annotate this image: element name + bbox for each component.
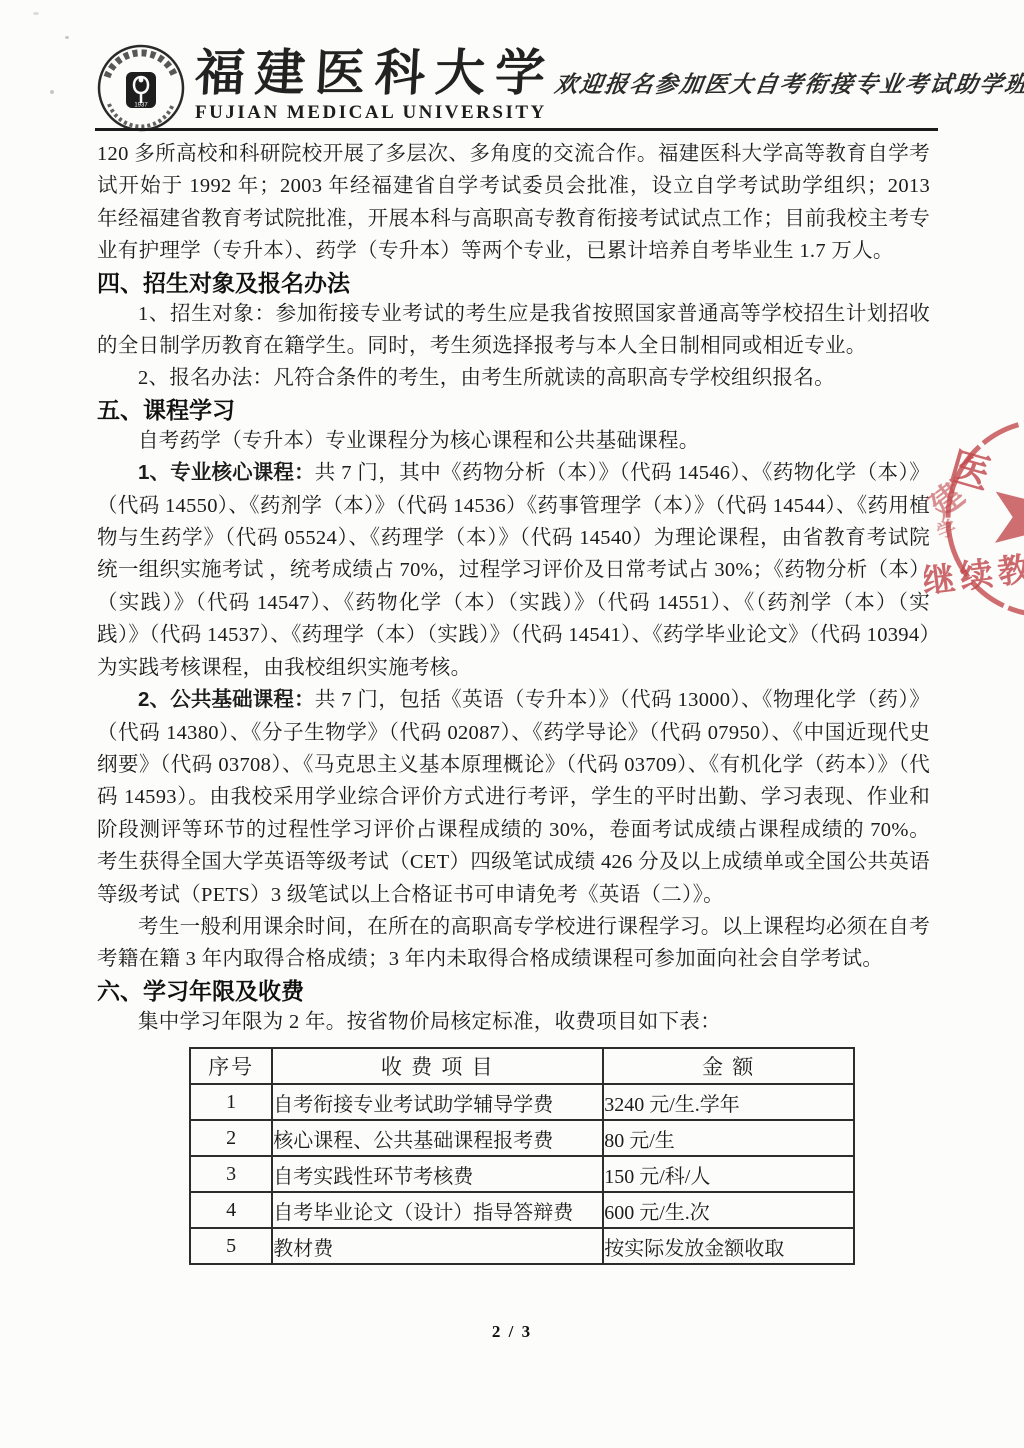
scan-speckle: [50, 90, 54, 94]
scan-speckle: [33, 12, 39, 15]
row-item: 教材费: [272, 1228, 603, 1264]
welcome-slogan: 欢迎报名参加医大自考衔接专业考试助学班！: [553, 66, 1024, 99]
section-heading-enrollment: 四、招生对象及报名办法: [97, 268, 930, 298]
row-amount: 80 元/生: [603, 1120, 854, 1156]
core-courses-text: 共 7 门，其中《药物分析（本）》（代码 14546）、《药物化学（本）》（代码…: [97, 462, 930, 678]
row-index: 3: [190, 1156, 272, 1192]
document-body: 120 多所高校和科研院校开展了多层次、多角度的交流合作。福建医科大学高等教育自…: [97, 138, 930, 1265]
seal-text-bottom: 继续教: [924, 550, 1024, 601]
fees-table-header-row: 序号 收 费 项 目 金 额: [190, 1048, 854, 1084]
col-header-item: 收 费 项 目: [272, 1048, 603, 1084]
header-divider: [95, 128, 938, 131]
section-heading-courses: 五、课程学习: [97, 395, 930, 425]
table-row: 3 自考实践性环节考核费 150 元/科/人: [190, 1156, 854, 1192]
university-name-cn: 福建医科大学: [194, 46, 557, 100]
seal-char-mid: 建: [924, 476, 972, 525]
seal-star: [981, 462, 1024, 564]
logo-founded-year: 1937: [134, 103, 148, 109]
courses-core-paragraph: 1、专业核心课程：共 7 门，其中《药物分析（本）》（代码 14546）、《药物…: [97, 457, 930, 684]
seal-char-top: 医: [945, 444, 996, 498]
row-item: 自考衔接专业考试助学辅导学费: [272, 1084, 603, 1120]
row-index: 1: [190, 1084, 272, 1120]
document-page: 1937 福建医科大学 FUJIAN MEDICAL UNIVERSITY 欢迎…: [0, 0, 1024, 1448]
row-amount: 600 元/生.次: [603, 1192, 854, 1228]
university-logo-seal-icon: 1937: [97, 44, 185, 132]
table-row: 4 自考毕业论文（设计）指导答辩费 600 元/生.次: [190, 1192, 854, 1228]
col-header-index: 序号: [190, 1048, 272, 1084]
core-courses-lead: 1、专业核心课程：: [138, 461, 315, 484]
col-header-amount: 金 额: [603, 1048, 854, 1084]
row-item: 自考毕业论文（设计）指导答辩费: [272, 1192, 603, 1228]
section-heading-fees: 六、学习年限及收费: [97, 976, 930, 1006]
table-row: 1 自考衔接专业考试助学辅导学费 3240 元/生.学年: [190, 1084, 854, 1120]
page-number: 2 / 3: [0, 1322, 1024, 1342]
letterhead: 1937 福建医科大学 FUJIAN MEDICAL UNIVERSITY 欢迎…: [97, 44, 934, 130]
row-item: 核心课程、公共基础课程报考费: [272, 1120, 603, 1156]
enroll-item-2: 2、报名办法：凡符合条件的考生，由考生所就读的高职高专学校组织报名。: [97, 362, 930, 394]
courses-intro: 自考药学（专升本）专业课程分为核心课程和公共基础课程。: [97, 425, 930, 457]
courses-public-paragraph: 2、公共基础课程：共 7 门，包括《英语（专升本）》（代码 13000）、《物理…: [97, 684, 930, 911]
row-index: 5: [190, 1228, 272, 1264]
seal-char-small: 学: [933, 515, 959, 543]
table-row: 2 核心课程、公共基础课程报考费 80 元/生: [190, 1120, 854, 1156]
fees-intro: 集中学习年限为 2 年。按省物价局核定标准，收费项目如下表：: [97, 1006, 930, 1038]
row-item: 自考实践性环节考核费: [272, 1156, 603, 1192]
fees-table: 序号 收 费 项 目 金 额 1 自考衔接专业考试助学辅导学费 3240 元/生…: [189, 1047, 855, 1265]
row-amount: 按实际发放金额收取: [603, 1228, 854, 1264]
public-courses-lead: 2、公共基础课程：: [138, 688, 315, 711]
row-amount: 3240 元/生.学年: [603, 1084, 854, 1120]
scan-speckle: [65, 36, 69, 39]
row-amount: 150 元/科/人: [603, 1156, 854, 1192]
enroll-item-1: 1、招生对象：参加衔接专业考试的考生应是我省按照国家普通高等学校招生计划招收的全…: [97, 298, 930, 363]
table-row: 5 教材费 按实际发放金额收取: [190, 1228, 854, 1264]
intro-paragraph: 120 多所高校和科研院校开展了多层次、多角度的交流合作。福建医科大学高等教育自…: [97, 138, 930, 268]
red-stamp-seal: 医 建 学 继续教: [924, 412, 1024, 647]
courses-closing: 考生一般利用课余时间，在所在的高职高专学校进行课程学习。以上课程均必须在自考考籍…: [97, 911, 930, 976]
university-name-block: 福建医科大学 FUJIAN MEDICAL UNIVERSITY: [195, 46, 555, 124]
row-index: 4: [190, 1192, 272, 1228]
university-name-en: FUJIAN MEDICAL UNIVERSITY: [195, 102, 555, 124]
row-index: 2: [190, 1120, 272, 1156]
public-courses-text: 共 7 门，包括《英语（专升本）》（代码 13000）、《物理化学（药）》（代码…: [97, 689, 930, 905]
